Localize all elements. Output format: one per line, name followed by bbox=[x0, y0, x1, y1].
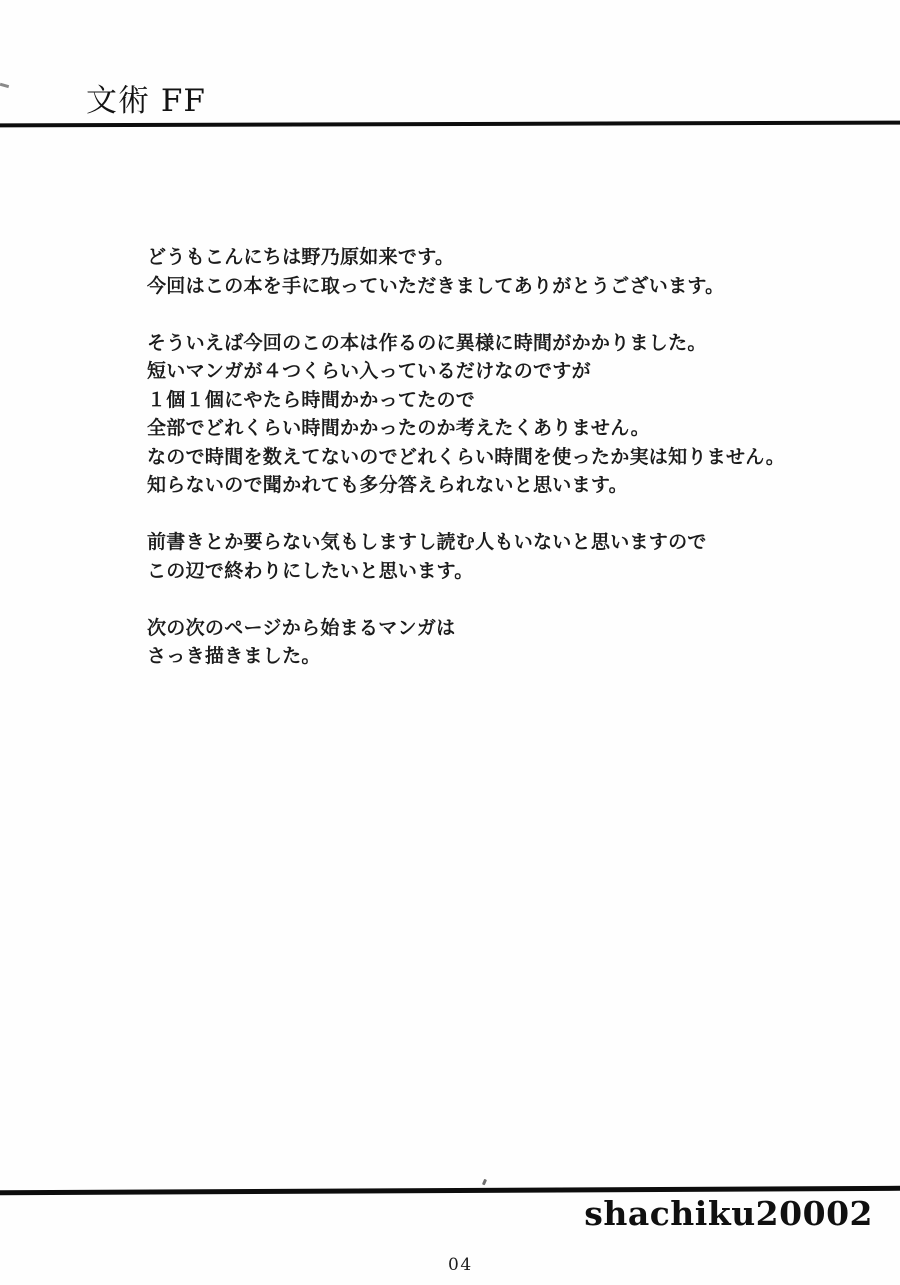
header-divider-line bbox=[0, 121, 900, 128]
afterword-text: どうもこんにちは野乃原如来です。 今回はこの本を手に取っていただきましてありがと… bbox=[147, 243, 837, 699]
paragraph: そういえば今回のこの本は作るのに異様に時間がかかりました。 短いマンガが４つくら… bbox=[147, 329, 837, 500]
scanned-doujinshi-page: 文術 FF どうもこんにちは野乃原如来です。 今回はこの本を手に取っていただきま… bbox=[0, 0, 900, 1285]
scan-artifact-mark bbox=[0, 83, 9, 88]
paragraph: どうもこんにちは野乃原如来です。 今回はこの本を手に取っていただきましてありがと… bbox=[147, 243, 837, 300]
circle-credit-text: shachiku20002 bbox=[584, 1197, 873, 1230]
page-title: 文術 FF bbox=[86, 85, 206, 118]
scan-speck-mark bbox=[482, 1179, 487, 1185]
paragraph: 前書きとか要らない気もしますし読む人もいないと思いますので この辺で終わりにした… bbox=[147, 528, 837, 585]
page-number: 04 bbox=[448, 1257, 473, 1274]
paragraph: 次の次のページから始まるマンガは さっき描きました。 bbox=[147, 614, 837, 671]
